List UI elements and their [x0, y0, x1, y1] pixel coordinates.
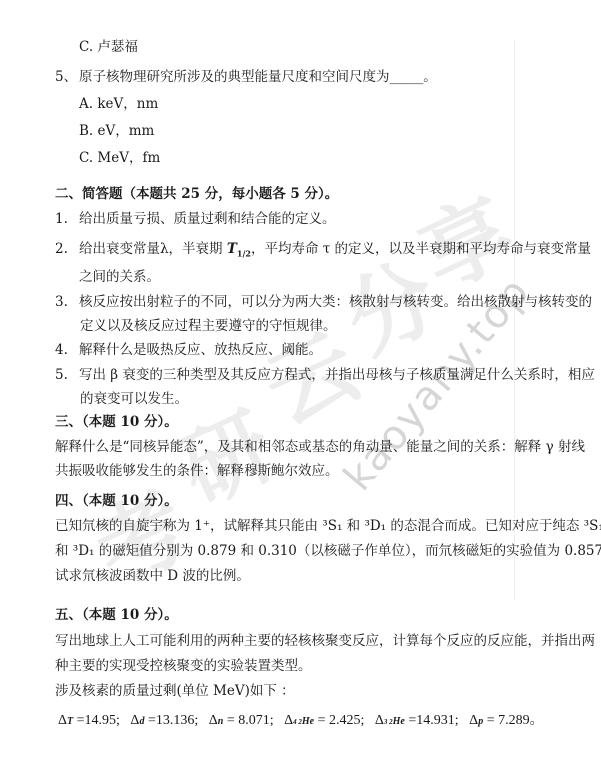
option-c: C. MeV，fm — [79, 149, 160, 167]
s3-text-1: 解释什么是“同核异能态”，及其和相邻态或基态的角动量、能量之间的关系：解释 γ … — [55, 438, 585, 456]
s4-text-2: 和 ³D₁ 的磁矩值分别为 0.879 和 0.310（以核磁子作单位），而氘核… — [55, 542, 601, 560]
half-life-symbol: T — [227, 241, 237, 257]
section-3-heading: 三、（本题 10 分）。 — [55, 413, 178, 431]
s2-item-5-cont: 的衰变可以发生。 — [80, 390, 188, 408]
delta-He3: Δ3 2He =14.931; — [375, 713, 459, 728]
section-2-heading: 二、简答题（本题共 25 分，每小题各 5 分）。 — [55, 185, 338, 203]
section-5-heading: 五、（本题 10 分）。 — [55, 606, 178, 624]
s4-text-1: 已知氘核的自旋宇称为 1⁺，试解释其只能由 ³S₁ 和 ³D₁ 的态混合而成。已… — [55, 517, 601, 535]
option-b: B. eV，mm — [79, 122, 154, 140]
question-5: 5、原子核物理研究所涉及的典型能量尺度和空间尺度为_____。 — [55, 68, 437, 86]
item-number: 2. — [55, 240, 79, 258]
heading-score: 25 — [181, 186, 200, 202]
heading-score: 10 — [120, 414, 139, 430]
item-text: 给出质量亏损、质量过剩和结合能的定义。 — [79, 211, 336, 227]
item-number: 5. — [55, 366, 79, 384]
heading-score: 10 — [120, 607, 139, 623]
option-a: A. keV，nm — [79, 95, 158, 113]
section-4-heading: 四、（本题 10 分）。 — [55, 492, 178, 510]
s4-text-3: 试求氘核波函数中 D 波的比例。 — [55, 567, 250, 585]
heading-part: 分）。 — [139, 414, 177, 430]
item-number: 3. — [55, 293, 79, 311]
question-text: 原子核物理研究所涉及的典型能量尺度和空间尺度为_____。 — [79, 69, 437, 85]
delta-n: Δn = 8.071; — [209, 713, 274, 728]
question-number: 5、 — [55, 68, 79, 86]
item-number: 4. — [55, 341, 79, 359]
s2-item-5: 5.写出 β 衰变的三种类型及其反应方程式，并指出母核与子核质量满足什么关系时，… — [55, 366, 595, 384]
item-text: 解释什么是吸热反应、放热反应、阈能。 — [79, 342, 322, 358]
s5-text-3: 涉及核素的质量过剩(单位 MeV)如下 ： — [55, 682, 295, 700]
heading-part: 四、（本题 — [55, 493, 120, 509]
s2-item-4: 4.解释什么是吸热反应、放热反应、阈能。 — [55, 341, 322, 359]
delta-p: Δp = 7.289。 — [469, 713, 543, 728]
s2-item-3: 3.核反应按出射粒子的不同，可以分为两大类：核散射与核转变。给出核散射与核转变的 — [55, 293, 592, 311]
s3-text-2: 共振吸收能够发生的条件：解释穆斯鲍尔效应。 — [55, 462, 339, 480]
heading-part: 分）。 — [300, 186, 338, 202]
s5-text-1: 写出地球上人工可能利用的两种主要的轻核核聚变反应，计算每个反应的反应能，并指出两 — [55, 632, 595, 650]
s5-text-2: 种主要的实现受控核聚变的实验装置类型。 — [55, 657, 312, 675]
exam-page: 考 研 云 分 享 kaoyany.top C. 卢瑟福 5、原子核物理研究所涉… — [0, 0, 601, 768]
heading-part: 五、（本题 — [55, 607, 120, 623]
delta-He4: Δ4 2He = 2.425; — [284, 713, 364, 728]
item-text: 核反应按出射粒子的不同，可以分为两大类：核散射与核转变。给出核散射与核转变的 — [79, 294, 592, 310]
half-life-subscript: 1/2 — [237, 249, 251, 259]
heading-part: 分）。 — [139, 607, 177, 623]
item-text: 给出衰变常量λ，半衰期 — [79, 241, 227, 257]
delta-d: Δd =13.136; — [130, 713, 198, 728]
item-text: ，平均寿命 τ 的定义，以及半衰期和平均寿命与衰变常量 — [251, 241, 591, 257]
heading-part: 分，每小题各 — [200, 186, 290, 202]
s2-item-2-cont: 之间的关系。 — [79, 268, 160, 286]
heading-part: 二、简答题（本题共 — [55, 186, 181, 202]
s2-item-2: 2.给出衰变常量λ，半衰期 T1/2，平均寿命 τ 的定义，以及半衰期和平均寿命… — [55, 240, 591, 263]
s2-item-1: 1.给出质量亏损、质量过剩和结合能的定义。 — [55, 210, 336, 228]
prev-option-c: C. 卢瑟福 — [79, 38, 138, 56]
s2-item-3-cont: 定义以及核反应过程主要遵守的守恒规律。 — [80, 317, 337, 335]
item-number: 1. — [55, 210, 79, 228]
heading-score: 10 — [120, 493, 139, 509]
heading-part: 三、（本题 — [55, 414, 120, 430]
heading-part: 分）。 — [139, 493, 177, 509]
item-text: 写出 β 衰变的三种类型及其反应方程式，并指出母核与子核质量满足什么关系时，相应 — [79, 367, 595, 383]
delta-T: ΔT =14.95; — [58, 713, 120, 728]
mass-excess-formula: ΔT =14.95; Δd =13.136; Δn = 8.071; Δ4 2H… — [58, 712, 544, 731]
heading-score: 5 — [290, 186, 299, 202]
